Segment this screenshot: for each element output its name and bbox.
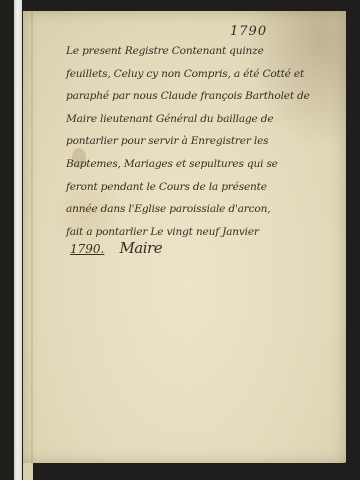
text-line: année dans l'Eglise paroissiale d'arcon, (66, 198, 346, 221)
text-line: Baptemes, Mariages et sepultures qui se (66, 153, 346, 176)
manuscript-text: Le present Registre Contenant quinze feu… (66, 40, 346, 243)
signature-name: Maire (119, 239, 162, 257)
year-header: 1790 (230, 24, 267, 39)
text-line: Maire lieutenant Général du baillage de (66, 108, 346, 131)
text-line: Le present Registre Contenant quinze (66, 40, 346, 63)
scan-viewport: 1790 Le present Registre Contenant quinz… (0, 0, 360, 480)
binding-strip (14, 0, 22, 480)
text-line: pontarlier pour servir à Enregistrer les (66, 130, 346, 153)
text-line: feuillets, Celuy cy non Compris, a été C… (66, 63, 346, 86)
signature-block: 1790. Maire (70, 238, 162, 257)
signature-year: 1790. (70, 242, 104, 256)
text-line: feront pendant le Cours de la présente (66, 176, 346, 199)
text-line: paraphé par nous Claude françois Barthol… (66, 85, 346, 108)
